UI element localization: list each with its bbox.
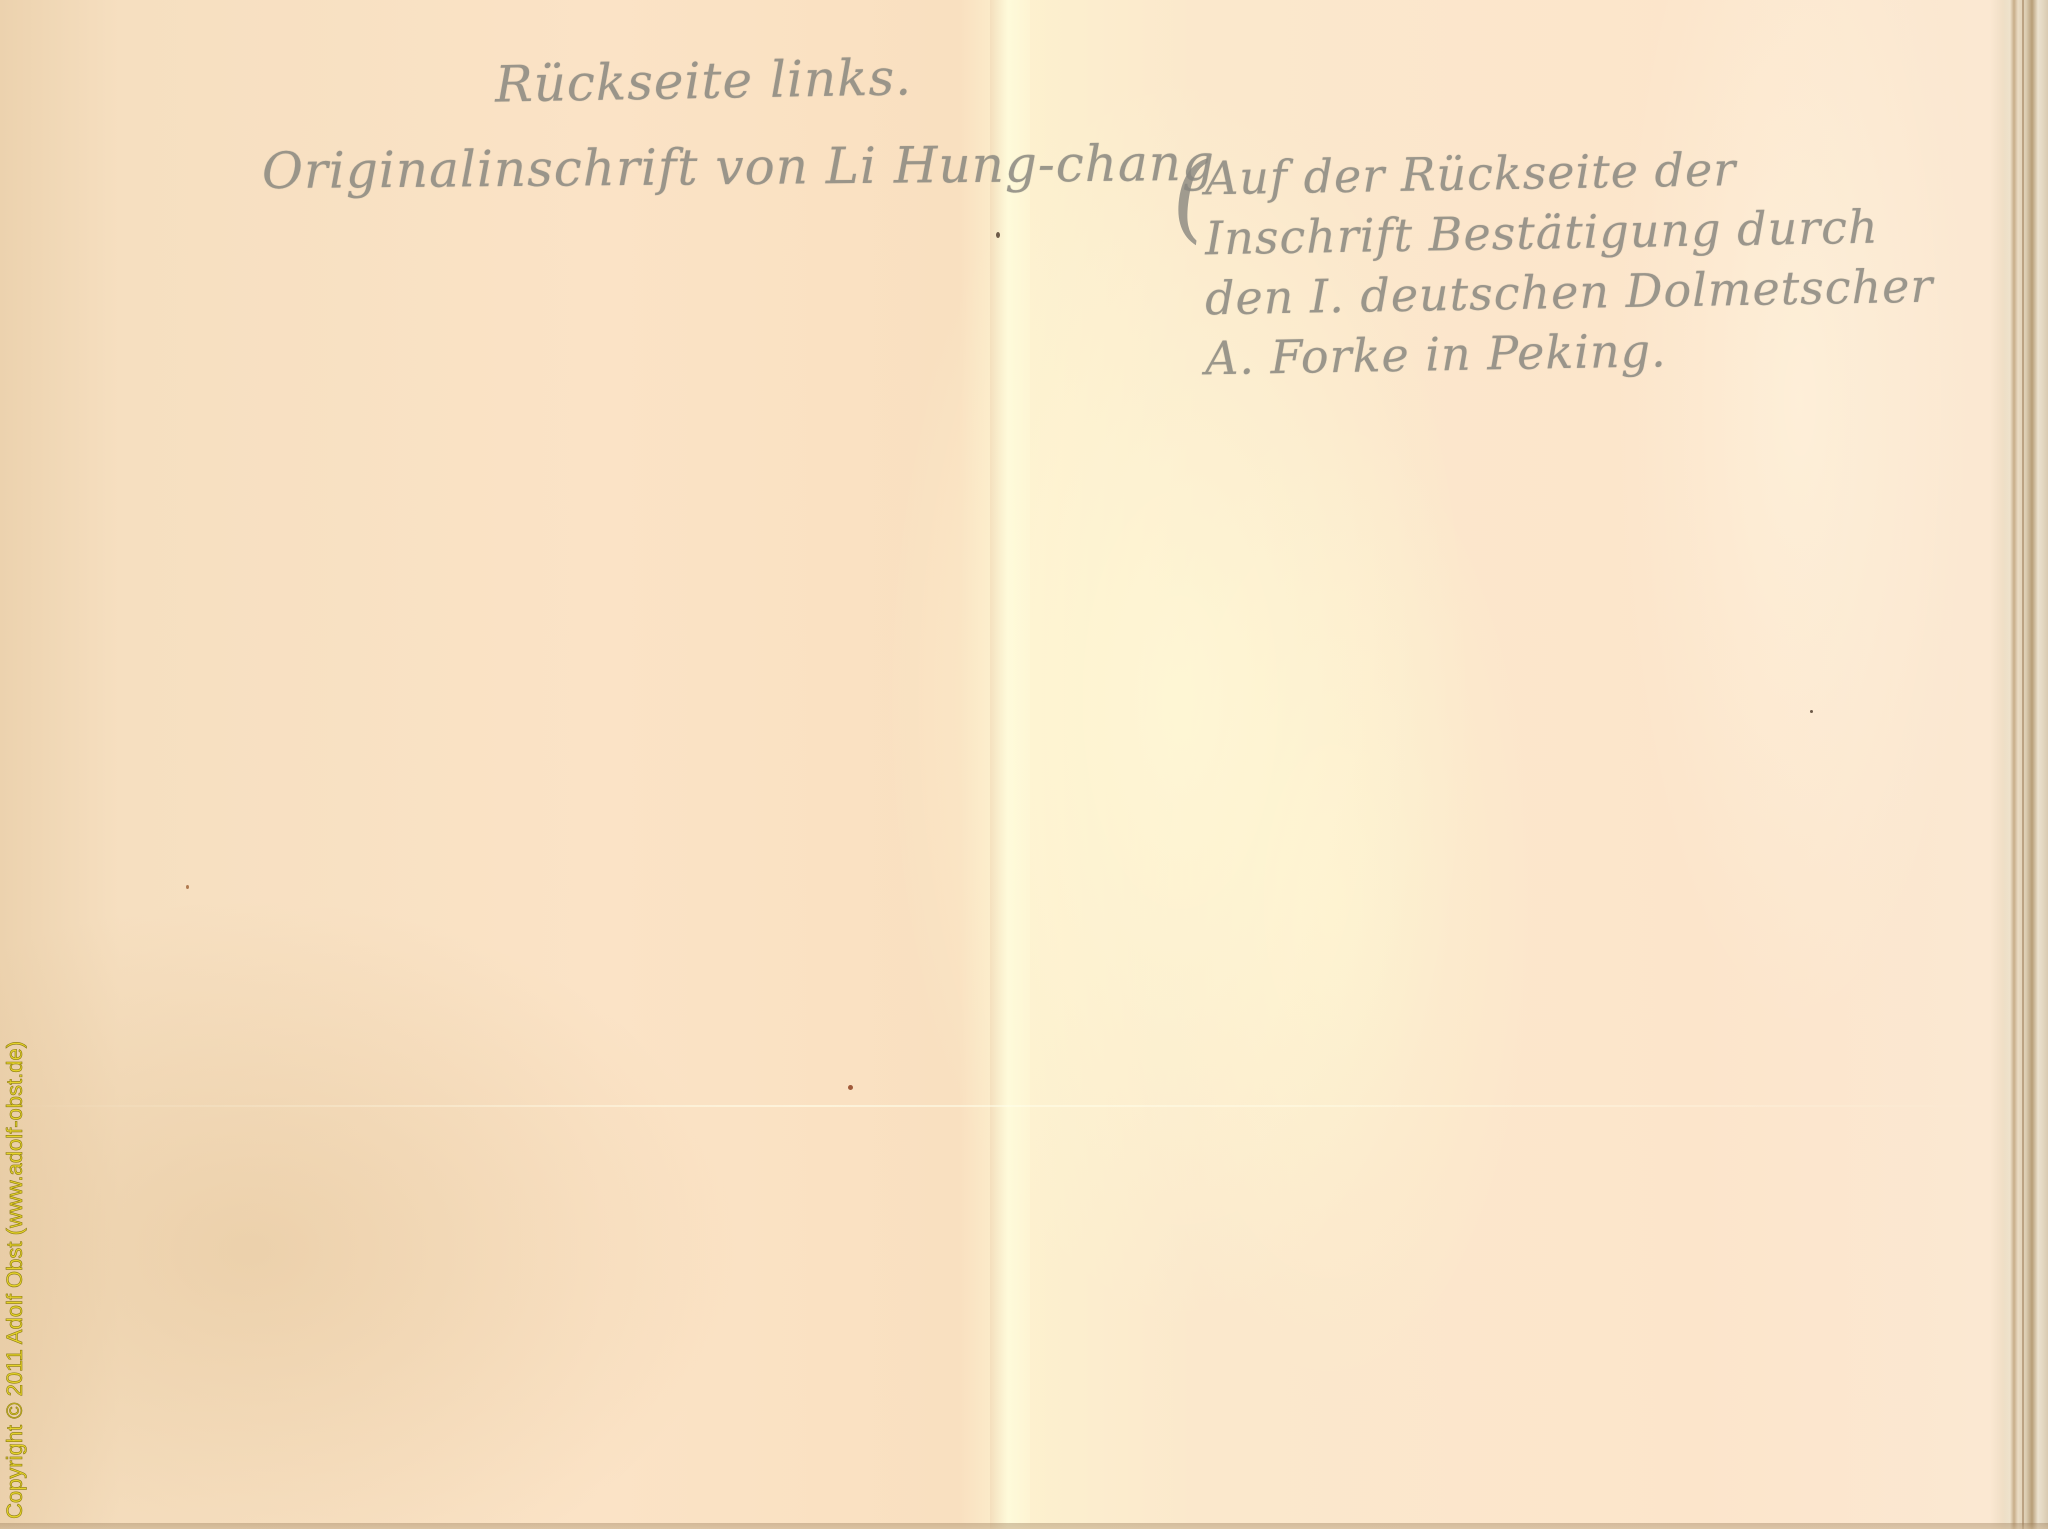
note-line: A. Forke in Peking. [1205,316,1934,389]
horizontal-crease [0,1105,2008,1107]
page-edge-line [2022,0,2024,1529]
center-fold [990,0,1030,1529]
scanned-page: Rückseite links. Originalinschrift von L… [0,0,2048,1529]
paper-speck [186,885,189,889]
left-page-heading: Rückseite links. [495,48,913,113]
right-page-note: Auf der Rückseite der Inschrift Bestätig… [1205,142,1933,382]
paper-speck [1810,710,1813,713]
left-page-inscription-line: Originalinschrift von Li Hung-chang [262,134,1215,200]
page-stack-edge [2002,0,2048,1529]
copyright-watermark: Copyright © 2011 Adolf Obst (www.adolf-o… [0,1041,30,1525]
paper-speck [848,1085,853,1090]
paper-speck [996,232,1000,238]
bottom-edge [0,1523,2048,1529]
